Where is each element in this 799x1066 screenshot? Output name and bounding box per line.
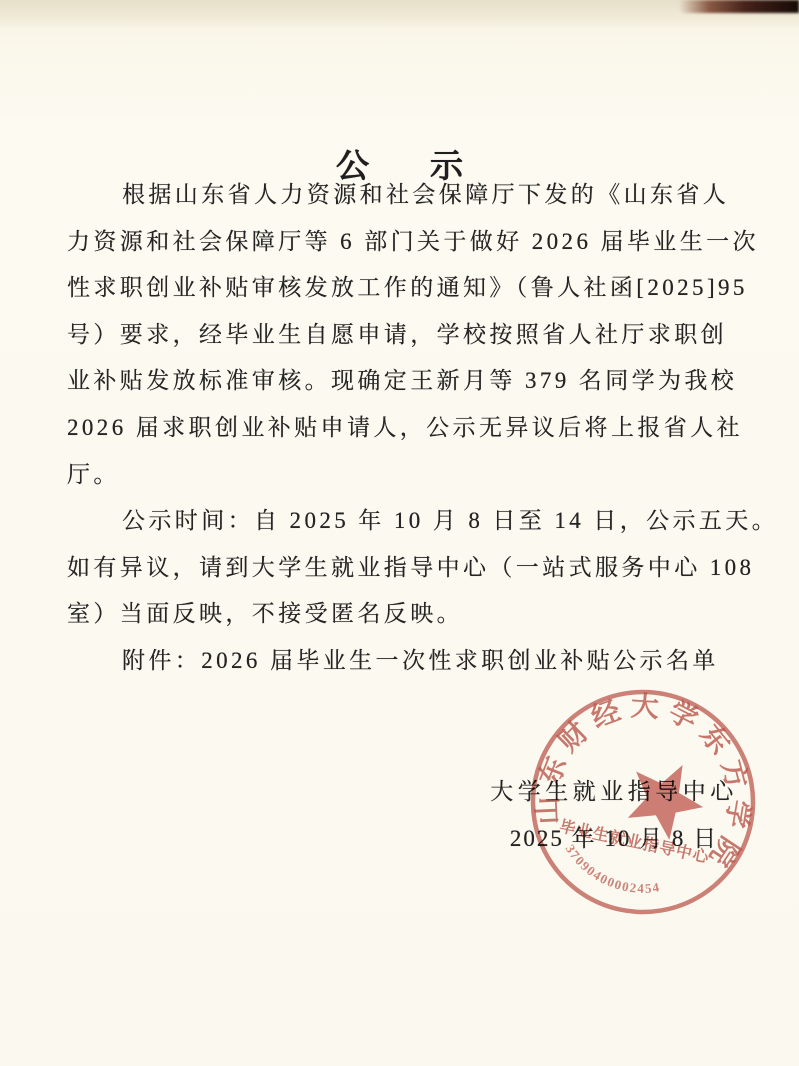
official-seal: 山东财经大学东方学院 毕业生就业指导中心 37090400002454 bbox=[518, 682, 768, 927]
scanned-notice-page: 公 示 根据山东省人力资源和社会保障厅下发的《山东省人 力资源和社会保障厅等 6… bbox=[0, 0, 799, 1066]
body-line: 2026 届求职创业补贴申请人，公示无异议后将上报省人社 bbox=[67, 405, 737, 452]
body-line: 厅。 bbox=[67, 452, 737, 499]
scan-artifact-corner-streak bbox=[679, 0, 799, 13]
seal-star-icon bbox=[615, 747, 716, 847]
body-line: 根据山东省人力资源和社会保障厅下发的《山东省人 bbox=[67, 172, 737, 219]
notice-body: 根据山东省人力资源和社会保障厅下发的《山东省人 力资源和社会保障厅等 6 部门关… bbox=[67, 172, 737, 685]
body-line: 业补贴发放标准审核。现确定王新月等 379 名同学为我校 bbox=[67, 358, 737, 405]
body-line: 室）当面反映，不接受匿名反映。 bbox=[67, 591, 737, 638]
body-line: 号）要求，经毕业生自愿申请，学校按照省人社厅求职创 bbox=[67, 312, 737, 359]
body-line: 附件：2026 届毕业生一次性求职创业补贴公示名单 bbox=[67, 638, 737, 685]
body-line: 公示时间：自 2025 年 10 月 8 日至 14 日，公示五天。 bbox=[67, 498, 737, 545]
body-line: 性求职创业补贴审核发放工作的通知》（鲁人社函[2025]95 bbox=[67, 265, 737, 312]
body-line: 力资源和社会保障厅等 6 部门关于做好 2026 届毕业生一次 bbox=[67, 219, 737, 266]
body-line: 如有异议，请到大学生就业指导中心（一站式服务中心 108 bbox=[67, 545, 737, 592]
